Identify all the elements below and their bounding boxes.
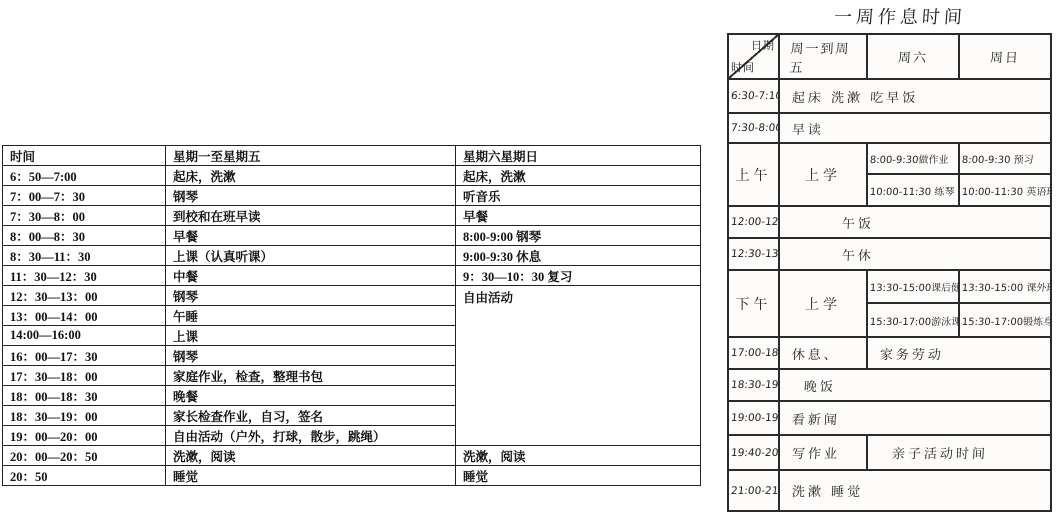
hw-corner-cell: 日期 时间 (728, 34, 779, 79)
weekend-cell: 8:00-9:00 钢琴 (456, 226, 701, 246)
hw-activity-cell: 午休 (778, 238, 1052, 270)
weekday-cell: 钢琴 (166, 286, 456, 306)
hw-time-cell-morning: 上午 (728, 143, 779, 206)
printed-header-weekend: 星期六星期日 (456, 146, 701, 166)
hw-time-cell: 19:40-20:50 (726, 435, 781, 470)
weekend-cell: 早餐 (456, 206, 701, 226)
weekend-free-activity-cell: 自由活动 (456, 286, 701, 446)
weekend-cell: 睡觉 (456, 466, 701, 486)
time-cell: 8：00—8：30 (3, 226, 166, 246)
handwritten-schedule-table: 日期 时间 周一到周五 周六 周日 6:30-7:10 起床 洗漱 吃早饭 7:… (727, 33, 1052, 512)
printed-schedule-table: 时间 星期一至星期五 星期六星期日 6：50—7:00 起床，洗漱 起床，洗漱 … (2, 145, 701, 486)
hw-sunday-sub-cell: 13:30-15:00 课外班 (958, 270, 1052, 303)
hw-activity-cell: 看新闻 (778, 401, 1052, 435)
hw-row: 12:30-13:00 午休 (728, 238, 1051, 270)
time-cell: 13：00—14：00 (3, 306, 166, 326)
table-row: 20：50 睡觉 睡觉 (3, 466, 701, 486)
table-row: 20：00—20：50 洗漱，阅读 洗漱，阅读 (3, 446, 701, 466)
table-row: 8：30—11：30 上课（认真听课） 9:00-9:30 休息 (3, 246, 701, 266)
weekend-cell: 9:00-9:30 休息 (456, 246, 701, 266)
weekend-cell: 洗漱，阅读 (456, 446, 701, 466)
hw-time-cell: 19:00-19:30 (726, 401, 781, 435)
table-row: 12：30—13：00 钢琴 自由活动 (3, 286, 701, 306)
time-cell: 6：50—7:00 (3, 166, 166, 186)
time-cell: 18：30—19：00 (3, 406, 166, 426)
hw-row: 19:40-20:50 写作业 亲子活动时间 (728, 435, 1051, 470)
hw-saturday-sub-cell: 13:30-15:00课后健身 (866, 270, 960, 303)
hw-header-weekday-label: 周一到周五 (789, 38, 864, 76)
hw-time-cell: 17:00-18:00 (726, 337, 780, 369)
weekend-cell: 9：30—10：30 复习 (456, 266, 701, 286)
hw-time-cell: 18:30-19:00 (726, 369, 780, 401)
table-row: 6：50—7:00 起床，洗漱 起床，洗漱 (3, 166, 701, 186)
hw-corner-date-label: 日期 (751, 37, 775, 53)
time-cell: 16：00—17：30 (3, 346, 166, 366)
printed-header-weekday: 星期一至星期五 (166, 146, 456, 166)
hw-row: 6:30-7:10 起床 洗漱 吃早饭 (728, 79, 1051, 113)
hw-saturday-sub-cell: 8:00-9:30做作业 (866, 143, 960, 174)
table-row: 11：30—12：30 中餐 9：30—10：30 复习 (3, 266, 701, 286)
hw-row: 上午 上学 8:00-9:30做作业 8:00-9:30 预习 (728, 143, 1051, 174)
hw-header-saturday-label: 周六 (897, 47, 928, 66)
hw-header-sunday: 周日 (959, 34, 1051, 79)
weekday-cell: 上课（认真听课） (166, 246, 456, 266)
hw-time-cell: 21:00-21:30 (726, 470, 781, 511)
hw-row: 7:30-8:00 早读 (728, 113, 1051, 143)
hw-time-cell-afternoon: 下午 (728, 270, 779, 337)
weekday-cell: 家庭作业，检查，整理书包 (166, 366, 456, 386)
hw-activity-cell: 休息、 (778, 337, 868, 369)
hw-activity-cell: 洗漱 睡觉 (778, 470, 1052, 511)
time-cell: 19：00—20：00 (3, 426, 166, 446)
weekday-cell: 钢琴 (166, 186, 456, 206)
scanned-schedule-page: 时间 星期一至星期五 星期六星期日 6：50—7:00 起床，洗漱 起床，洗漱 … (0, 0, 1064, 518)
hw-sunday-sub-cell: 10:00-11:30 英语班 (958, 174, 1052, 206)
time-cell: 17：30—18：00 (3, 366, 166, 386)
table-row: 8：00—8：30 早餐 8:00-9:00 钢琴 (3, 226, 701, 246)
weekday-cell: 洗漱，阅读 (166, 446, 456, 466)
printed-header-row: 时间 星期一至星期五 星期六星期日 (3, 146, 701, 166)
hw-header-sunday-label: 周日 (989, 47, 1020, 66)
hw-time-cell: 12:30-13:00 (726, 238, 780, 270)
weekday-cell: 晚餐 (166, 386, 456, 406)
weekday-cell: 钢琴 (166, 346, 456, 366)
weekday-cell: 上课 (166, 326, 456, 346)
hw-row: 21:00-21:30 洗漱 睡觉 (728, 470, 1051, 511)
hw-time-cell: 7:30-8:00 (726, 113, 780, 143)
hw-sunday-sub-cell: 15:30-17:00锻炼身体 (958, 303, 1052, 337)
time-cell: 12：30—13：00 (3, 286, 166, 306)
hw-activity-cell: 起床 洗漱 吃早饭 (778, 79, 1052, 113)
hw-header-saturday: 周六 (867, 34, 959, 79)
time-cell: 11：30—12：30 (3, 266, 166, 286)
weekday-cell: 午睡 (166, 306, 456, 326)
time-cell: 7：00—7：30 (3, 186, 166, 206)
hw-sunday-sub-cell: 8:00-9:30 预习 (958, 143, 1052, 174)
printed-header-time: 时间 (3, 146, 166, 166)
weekend-cell: 起床，洗漱 (456, 166, 701, 186)
hw-activity-cell: 上学 (779, 143, 867, 206)
hw-activity-cell: 午饭 (778, 206, 1052, 238)
time-cell: 8：30—11：30 (3, 246, 166, 266)
hw-row: 19:00-19:30 看新闻 (728, 401, 1051, 435)
hw-activity-cell: 早读 (778, 113, 1052, 143)
hw-saturday-sub-cell: 15:30-17:00游泳课 (866, 303, 960, 337)
hw-weekend-activity-cell: 家务劳动 (866, 337, 1052, 369)
hw-header-row: 日期 时间 周一到周五 周六 周日 (728, 34, 1051, 79)
weekday-cell: 睡觉 (166, 466, 456, 486)
time-cell: 7：30—8：00 (3, 206, 166, 226)
table-row: 7：30—8：00 到校和在班早读 早餐 (3, 206, 701, 226)
hw-time-cell: 6:30-7:10 (726, 79, 781, 113)
table-row: 7：00—7：30 钢琴 听音乐 (3, 186, 701, 206)
hw-row: 下午 上学 13:30-15:00课后健身 13:30-15:00 课外班 (728, 270, 1051, 303)
hw-corner-time-label: 时间 (731, 59, 755, 75)
hw-activity-cell: 晚饭 (778, 369, 1052, 401)
hw-saturday-sub-cell: 10:00-11:30 练琴 (866, 174, 960, 206)
hw-activity-cell: 上学 (779, 270, 867, 337)
weekend-cell: 听音乐 (456, 186, 701, 206)
hw-row: 18:30-19:00 晚饭 (728, 369, 1051, 401)
weekday-cell: 家长检查作业，自习，签名 (166, 406, 456, 426)
time-cell: 14:00—16:00 (3, 326, 166, 346)
hw-header-weekday: 周一到周五 (779, 34, 867, 79)
hw-row: 17:00-18:00 休息、 家务劳动 (728, 337, 1051, 369)
hw-row: 12:00-12:30 午饭 (728, 206, 1051, 238)
time-cell: 18：00—18：30 (3, 386, 166, 406)
time-cell: 20：00—20：50 (3, 446, 166, 466)
weekday-cell: 早餐 (166, 226, 456, 246)
hw-weekend-activity-cell: 亲子活动时间 (866, 435, 1052, 470)
handwritten-title: 一周作息时间 (799, 3, 1001, 29)
weekday-cell: 起床，洗漱 (166, 166, 456, 186)
weekday-cell: 中餐 (166, 266, 456, 286)
weekday-cell: 到校和在班早读 (166, 206, 456, 226)
weekday-cell: 自由活动（户外，打球，散步，跳绳） (166, 426, 456, 446)
hw-time-cell: 12:00-12:30 (726, 206, 780, 238)
hw-activity-cell: 写作业 (778, 435, 868, 470)
time-cell: 20：50 (3, 466, 166, 486)
